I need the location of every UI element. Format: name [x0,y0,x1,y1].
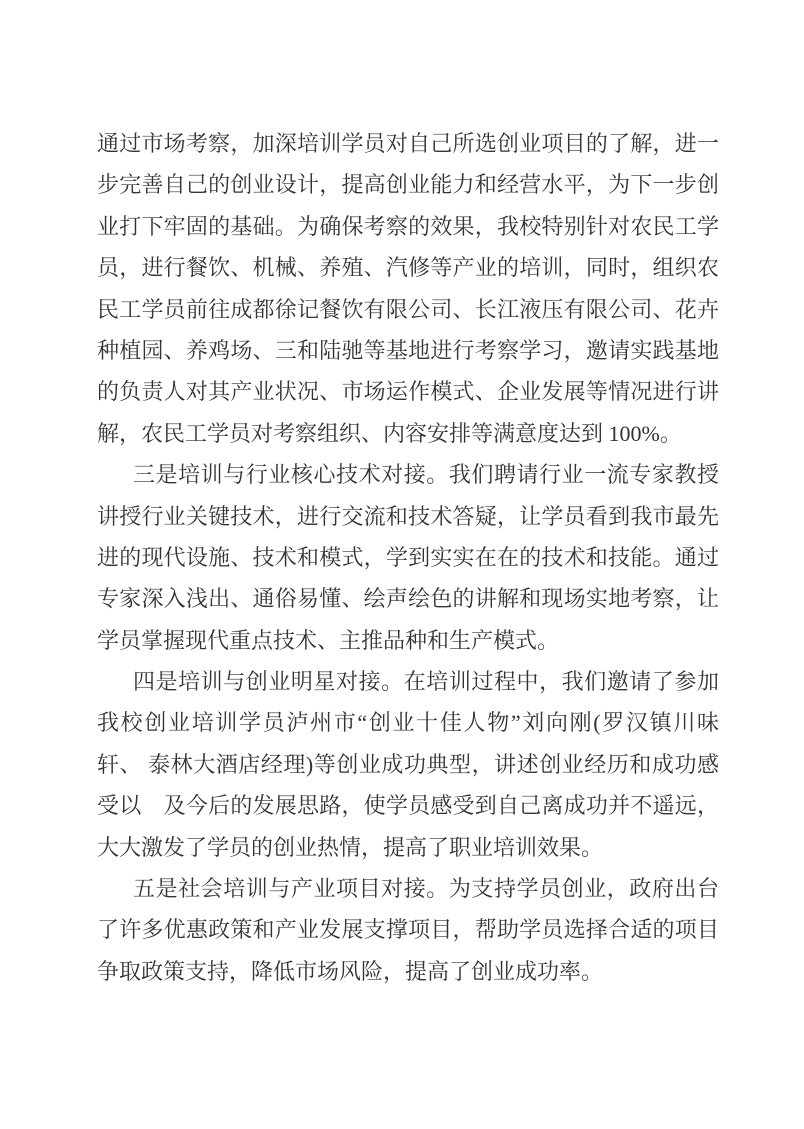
text-line: 步完善自己的创业设计，提高创业能力和经营水平，为下一步创 [97,164,719,205]
text-line: 解，农民工学员对考察组织、内容安排等满意度达到 100%。 [97,413,719,454]
text-line: 学员掌握现代重点技术、主推品种和生产模式。 [97,620,719,661]
paragraph: 五是社会培训与产业项目对接。为支持学员创业，政府出台了许多优惠政策和产业发展支撑… [97,868,719,992]
text-line: 争取政策支持，降低市场风险，提高了创业成功率。 [97,951,719,992]
text-line: 专家深入浅出、通俗易懂、绘声绘色的讲解和现场实地考察，让 [97,578,719,619]
text-line: 受以 及今后的发展思路，使学员感受到自己离成功并不遥远， [97,785,719,826]
text-line: 业打下牢固的基础。为确保考察的效果，我校特别针对农民工学 [97,206,719,247]
text-line: 四是培训与创业明星对接。在培训过程中，我们邀请了参加 [97,661,719,702]
paragraph: 通过市场考察，加深培训学员对自己所选创业项目的了解，进一步完善自己的创业设计，提… [97,123,719,454]
text-line: 三是培训与行业核心技术对接。我们聘请行业一流专家教授 [97,454,719,495]
text-line: 的负责人对其产业状况、市场运作模式、企业发展等情况进行讲 [97,371,719,412]
text-line: 通过市场考察，加深培训学员对自己所选创业项目的了解，进一 [97,123,719,164]
document-body: 通过市场考察，加深培训学员对自己所选创业项目的了解，进一步完善自己的创业设计，提… [97,123,719,992]
text-line: 轩、 泰林大酒店经理)等创业成功典型，讲述创业经历和成功感 [97,744,719,785]
paragraph: 四是培训与创业明星对接。在培训过程中，我们邀请了参加我校创业培训学员泸州市“创业… [97,661,719,868]
text-line: 进的现代设施、技术和模式，学到实实在在的技术和技能。通过 [97,537,719,578]
text-line: 五是社会培训与产业项目对接。为支持学员创业，政府出台 [97,868,719,909]
text-line: 了许多优惠政策和产业发展支撑项目，帮助学员选择合适的项目 [97,909,719,950]
text-line: 民工学员前往成都徐记餐饮有限公司、长江液压有限公司、花卉 [97,289,719,330]
document-page: 通过市场考察，加深培训学员对自己所选创业项目的了解，进一步完善自己的创业设计，提… [0,0,804,1129]
text-line: 大大激发了学员的创业热情，提高了职业培训效果。 [97,827,719,868]
text-line: 讲授行业关键技术，进行交流和技术答疑，让学员看到我市最先 [97,496,719,537]
text-line: 我校创业培训学员泸州市“创业十佳人物”刘向刚(罗汉镇川味 [97,702,719,743]
text-line: 种植园、养鸡场、三和陆驰等基地进行考察学习，邀请实践基地 [97,330,719,371]
text-line: 员，进行餐饮、机械、养殖、汽修等产业的培训，同时，组织农 [97,247,719,288]
paragraph: 三是培训与行业核心技术对接。我们聘请行业一流专家教授讲授行业关键技术，进行交流和… [97,454,719,661]
